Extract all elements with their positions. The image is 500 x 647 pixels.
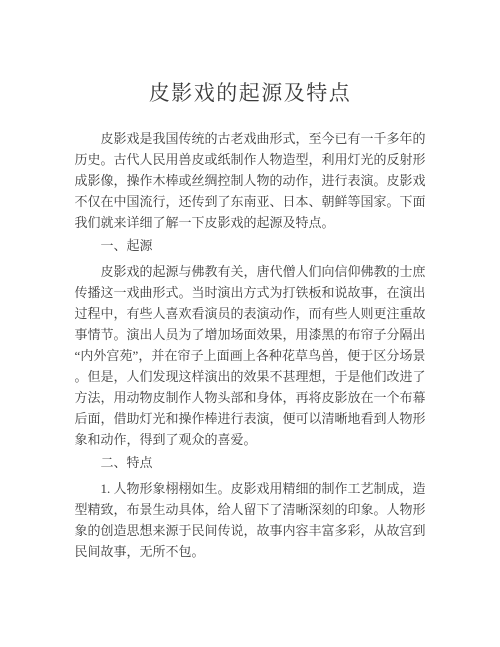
intro-paragraph: 皮影戏是我国传统的古老戏曲形式，至今已有一千多年的历史。古代人民用兽皮或纸制作人…: [75, 128, 426, 233]
document-body: 皮影戏是我国传统的古老戏曲形式，至今已有一千多年的历史。古代人民用兽皮或纸制作人…: [75, 128, 426, 562]
document-page: 皮影戏的起源及特点 皮影戏是我国传统的古老戏曲形式，至今已有一千多年的历史。古代…: [0, 0, 500, 647]
document-title: 皮影戏的起源及特点: [0, 0, 500, 108]
features-paragraph: 1. 人物形象栩栩如生。皮影戏用精细的制作工艺制成，造型精致，布景生动具体，给人…: [75, 478, 426, 562]
section-heading-features: 二、特点: [75, 452, 426, 473]
origin-paragraph: 皮影戏的起源与佛教有关，唐代僧人们向信仰佛教的士庶传播这一戏曲形式。当时演出方式…: [75, 261, 426, 450]
section-heading-origin: 一、起源: [75, 235, 426, 256]
